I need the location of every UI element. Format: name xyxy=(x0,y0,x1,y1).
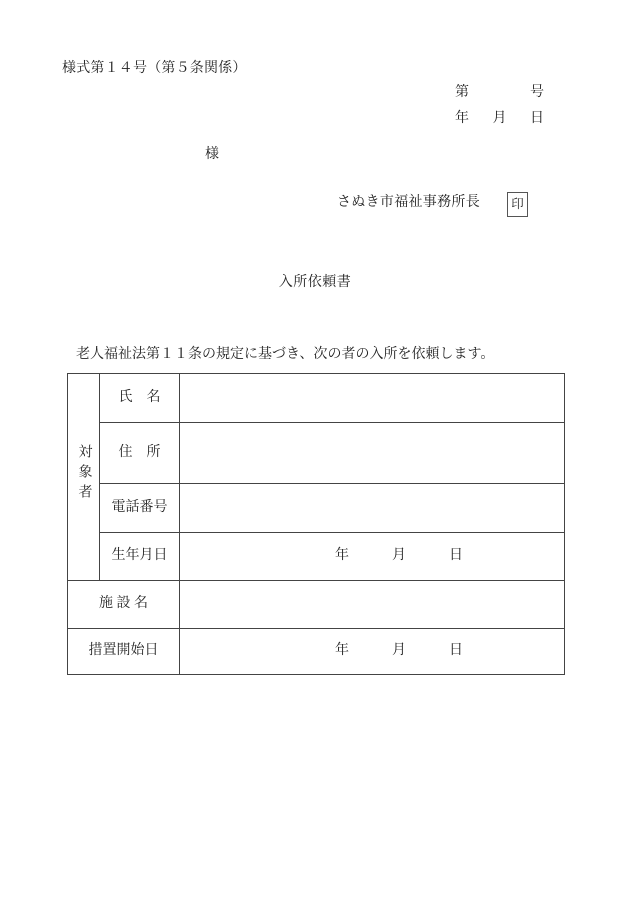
placement-start-value: 年 月 日 xyxy=(180,643,564,659)
birthdate-month: 月 xyxy=(392,548,406,564)
table-row-name: 対象者 氏 名 xyxy=(68,374,565,423)
issue-date-day: 日 xyxy=(530,111,544,127)
name-label-cell: 氏 名 xyxy=(100,374,180,423)
body-sentence: 老人福祉法第１１条の規定に基づき、次の者の入所を依頼します。 xyxy=(62,347,494,363)
name-value-cell xyxy=(180,374,565,423)
placement-start-label-cell: 措置開始日 xyxy=(68,629,180,675)
seal-box: 印 xyxy=(507,192,528,217)
placement-start-month: 月 xyxy=(392,643,406,659)
addressee-honorific: 様 xyxy=(205,147,219,163)
subject-group-cell: 対象者 xyxy=(68,374,100,581)
placement-start-year: 年 xyxy=(335,643,349,659)
sender-title: さぬき市福祉事務所長 xyxy=(337,195,480,211)
table-row-address: 住 所 xyxy=(68,423,565,484)
birthdate-value: 年 月 日 xyxy=(180,548,564,564)
subject-group-label: 対象者 xyxy=(75,444,91,504)
form-number: 様式第１４号（第５条関係） xyxy=(62,61,247,77)
request-form-table: 対象者 氏 名 住 所 電話番号 生年月日 年 月 日 xyxy=(67,373,565,675)
issue-date-year: 年 xyxy=(455,111,469,127)
document-page: 様式第１４号（第５条関係） 第 号 年 月 日 様 さぬき市福祉事務所長 印 入… xyxy=(0,0,630,903)
phone-label-cell: 電話番号 xyxy=(100,484,180,533)
address-label-cell: 住 所 xyxy=(100,423,180,484)
table-row-birthdate: 生年月日 年 月 日 xyxy=(68,533,565,581)
table-row-placement-start: 措置開始日 年 月 日 xyxy=(68,629,565,675)
table-row-phone: 電話番号 xyxy=(68,484,565,533)
page-title: 入所依頼書 xyxy=(0,275,630,291)
issue-date-month: 月 xyxy=(493,111,507,127)
facility-value-cell xyxy=(180,581,565,629)
issue-date-line: 年 月 日 xyxy=(455,111,544,127)
placement-start-value-cell: 年 月 日 xyxy=(180,629,565,675)
doc-number-suffix: 号 xyxy=(530,85,544,101)
doc-number-prefix: 第 xyxy=(455,85,469,101)
birthdate-value-cell: 年 月 日 xyxy=(180,533,565,581)
placement-start-day: 日 xyxy=(449,643,463,659)
phone-value-cell xyxy=(180,484,565,533)
table-row-facility: 施 設 名 xyxy=(68,581,565,629)
birthdate-year: 年 xyxy=(335,548,349,564)
address-value-cell xyxy=(180,423,565,484)
doc-number-line: 第 号 xyxy=(455,85,544,101)
facility-label-cell: 施 設 名 xyxy=(68,581,180,629)
seal-mark: 印 xyxy=(511,197,524,211)
birthdate-label-cell: 生年月日 xyxy=(100,533,180,581)
birthdate-day: 日 xyxy=(449,548,463,564)
